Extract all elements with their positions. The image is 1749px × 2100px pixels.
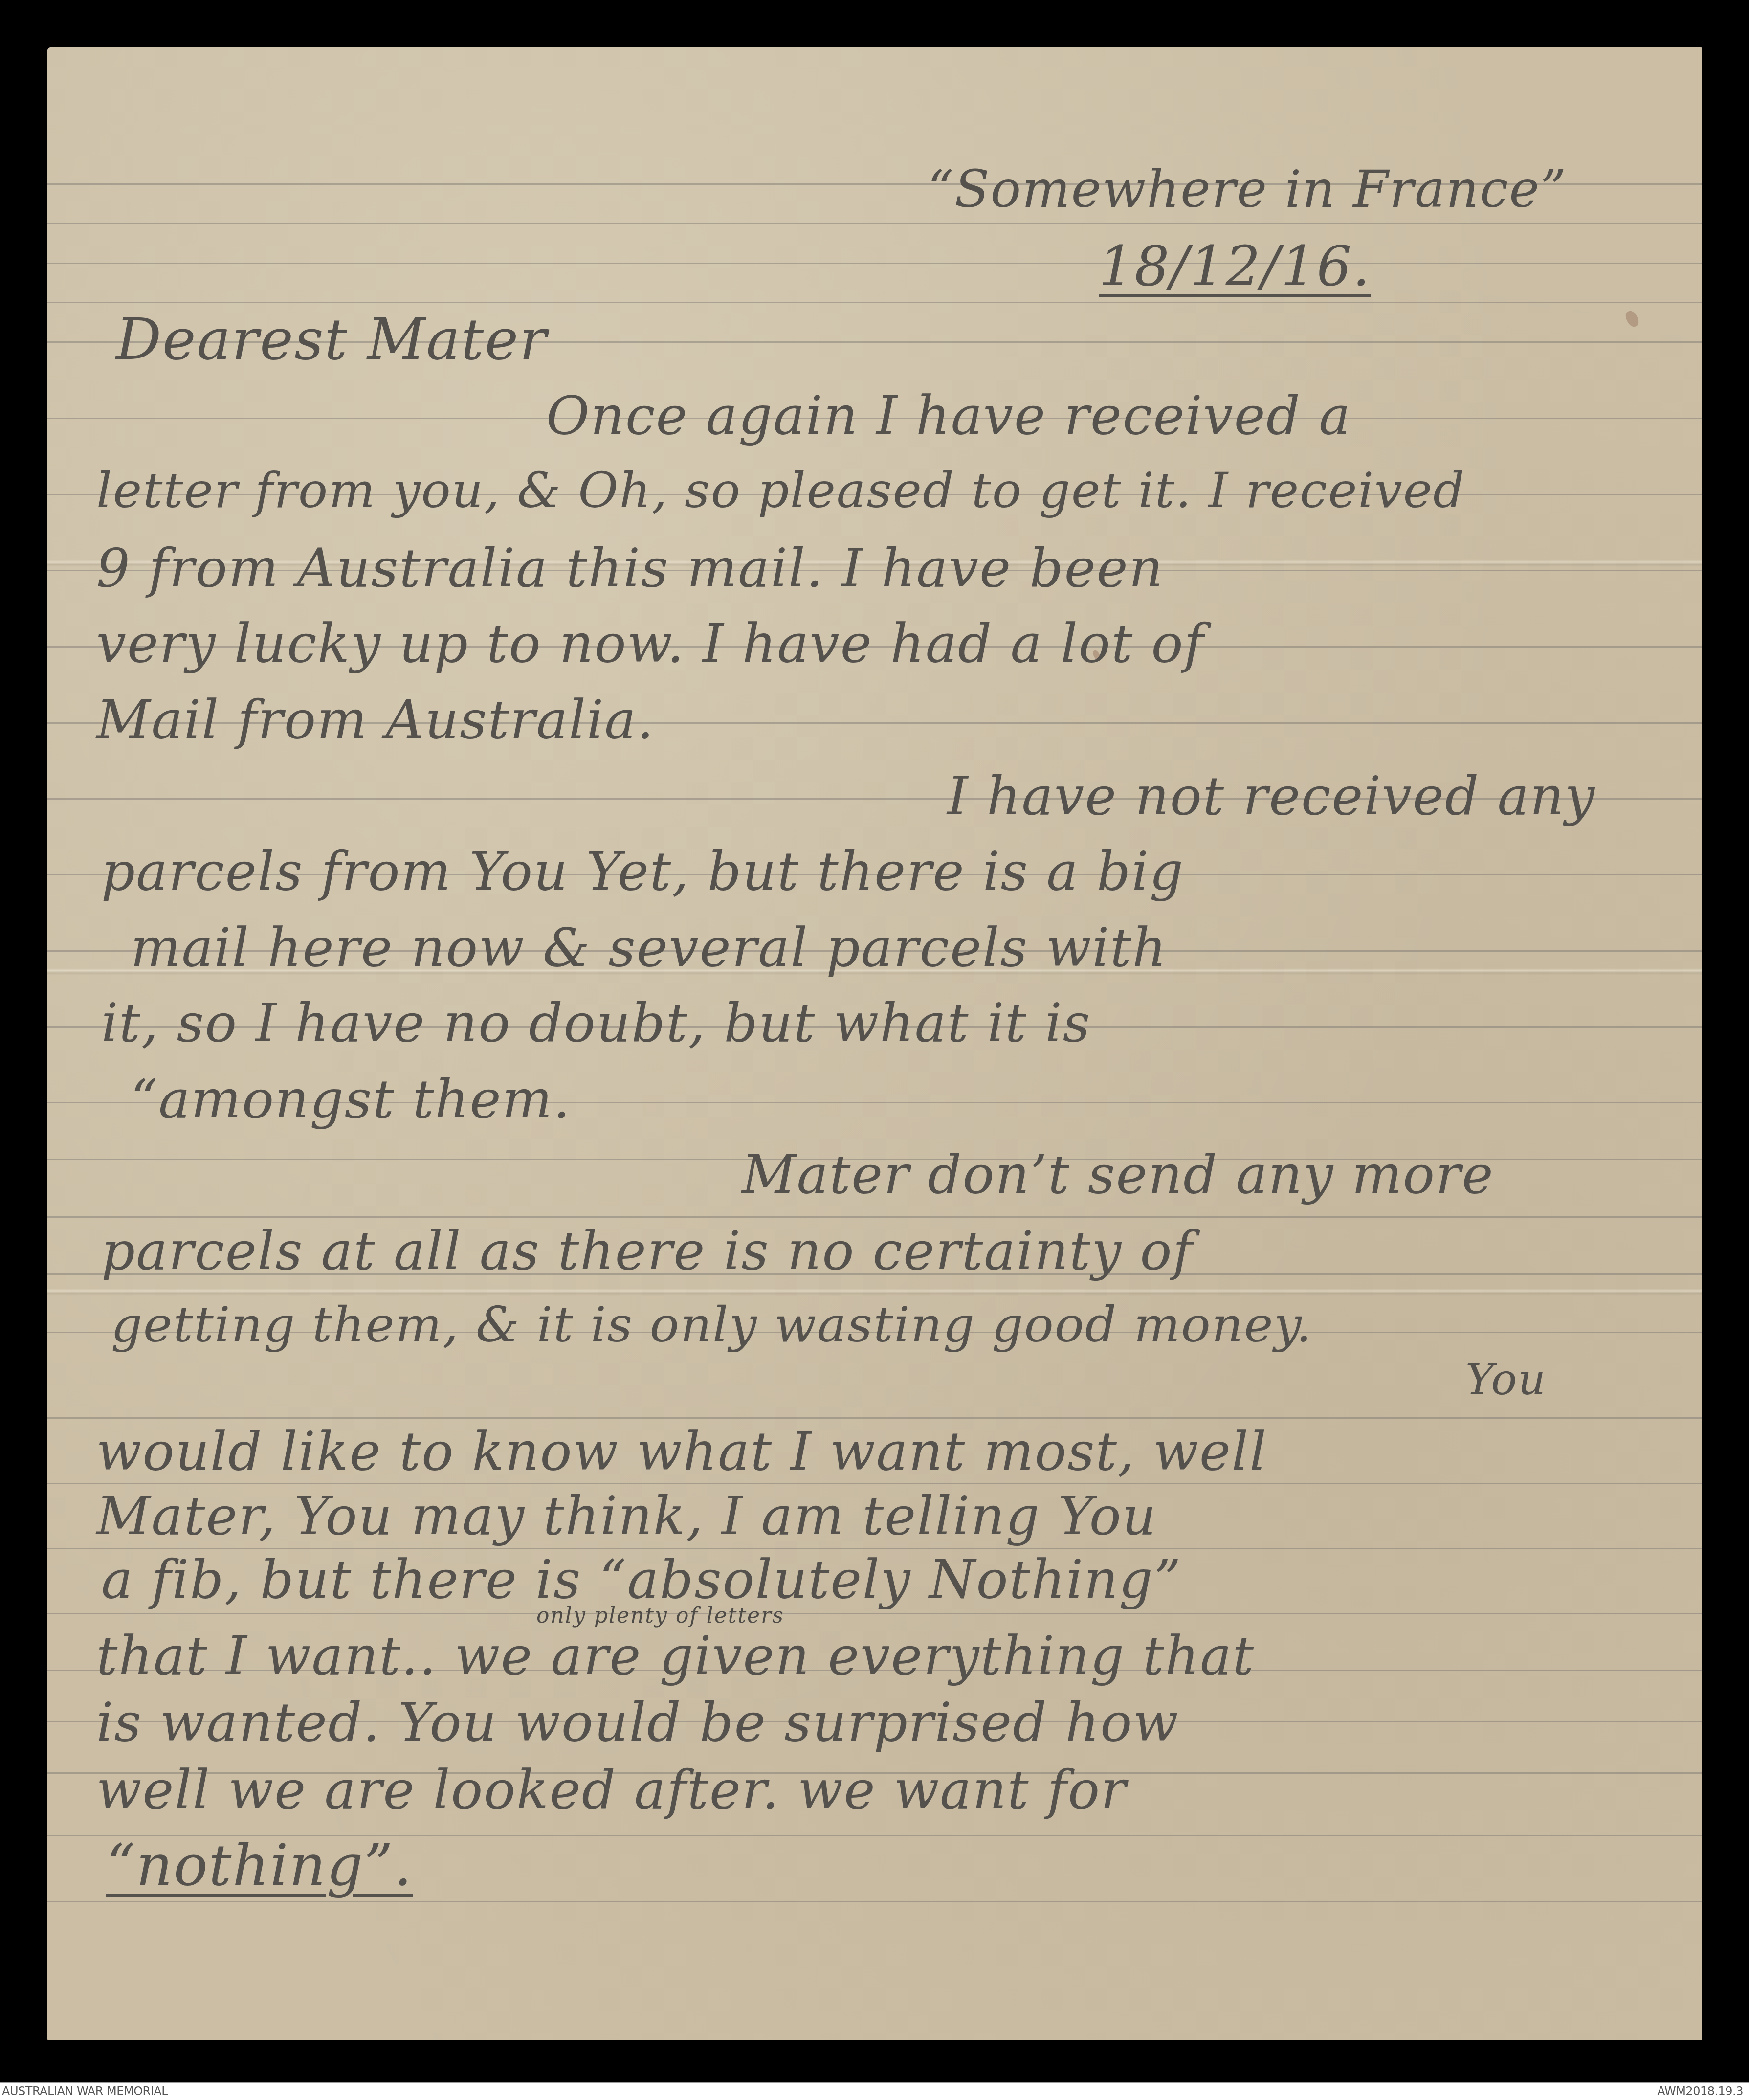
ruled-line	[47, 1216, 1702, 1218]
institution-credit: AUSTRALIAN WAR MEMORIAL	[2, 2084, 168, 2098]
letter-line: 9 from Australia this mail. I have been	[96, 542, 1164, 595]
ruled-line	[47, 302, 1702, 303]
accession-number: AWM2018.19.3	[1657, 2084, 1743, 2098]
letter-line: letter from you, & Oh, so pleased to get…	[96, 466, 1465, 515]
ruled-line	[47, 1901, 1702, 1902]
letter-paper: “Somewhere in France” 18/12/16. Dearest …	[47, 47, 1702, 2040]
letter-line: well we are looked after. we want for	[96, 1764, 1127, 1817]
interlinear-insertion: only plenty of letters	[536, 1605, 784, 1627]
paper-stain	[1623, 309, 1641, 329]
letter-line: getting them, & it is only wasting good …	[111, 1300, 1312, 1349]
ruled-line	[47, 263, 1702, 264]
letter-line: Mail from Australia.	[96, 694, 655, 747]
letter-place: “Somewhere in France”	[928, 164, 1567, 215]
letter-line: “amongst them.	[131, 1073, 571, 1126]
fold-crease	[47, 1289, 1702, 1296]
ruled-line	[47, 1613, 1702, 1614]
letter-line: very lucky up to now. I have had a lot o…	[96, 618, 1205, 670]
letter-line: I have not received any	[947, 770, 1595, 823]
letter-line: You	[1465, 1358, 1547, 1401]
letter-line: parcels at all as there is no certainty …	[101, 1225, 1194, 1278]
letter-line: Once again I have received a	[546, 390, 1351, 443]
ruled-line	[47, 1483, 1702, 1484]
letter-line: parcels from You Yet, but there is a big	[101, 846, 1184, 898]
letter-date: 18/12/16.	[1099, 239, 1371, 294]
letter-line: Mater don’t send any more	[742, 1149, 1494, 1202]
letter-line: Mater, You may think, I am telling You	[96, 1490, 1157, 1543]
ruled-line	[47, 1417, 1702, 1419]
ruled-line	[47, 223, 1702, 224]
letter-line: mail here now & several parcels with	[131, 922, 1167, 975]
letter-line: would like to know what I want most, wel…	[96, 1426, 1267, 1478]
letter-line: a fib, but there is “absolutely Nothing”	[101, 1554, 1182, 1607]
letter-line: it, so I have no doubt, but what it is	[101, 997, 1091, 1050]
letter-line: is wanted. You would be surprised how	[96, 1697, 1179, 1749]
letter-line: “nothing”.	[106, 1837, 413, 1894]
letter-line: that I want.. we are given everything th…	[96, 1630, 1255, 1683]
salutation: Dearest Mater	[116, 312, 548, 368]
footer-divider	[0, 2082, 1749, 2083]
